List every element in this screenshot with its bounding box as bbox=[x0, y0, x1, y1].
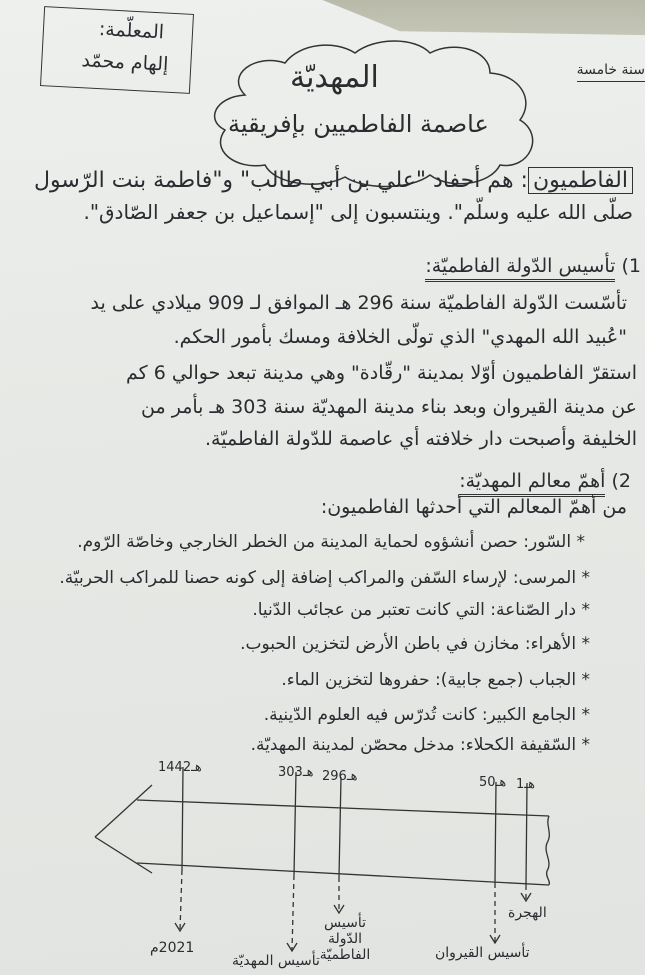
document-subtitle: عاصمة الفاطميين بإفريقية bbox=[228, 110, 489, 138]
teacher-box: المعلّمة: إلهام محمّد bbox=[40, 6, 194, 94]
timeline-event-label: تأسيس القيروان bbox=[435, 945, 530, 961]
teacher-name: إلهام محمّد bbox=[81, 49, 169, 76]
timeline-event-label: تأسيس الدّولة الفاطميّة bbox=[305, 915, 385, 963]
grade-label: سنة خامسة bbox=[577, 62, 645, 82]
section1-line: استقرّ الفاطميون أوّلا بمدينة "رقّادة" و… bbox=[126, 362, 637, 384]
timeline-event-label: الهجرة bbox=[508, 905, 547, 921]
intro-term: الفاطميون bbox=[528, 167, 633, 194]
section1-line: "عُبيد الله المهدي" الذي تولّى الخلافة و… bbox=[174, 326, 627, 348]
section1-number: 1) bbox=[621, 255, 641, 277]
intro-line-2: صلّى الله عليه وسلّم". وينتسبون إلى "إسم… bbox=[83, 200, 633, 224]
timeline-tick-label: 50هـ bbox=[479, 775, 506, 790]
section2-title: أهمّ معالم المهديّة: bbox=[459, 470, 605, 497]
timeline-tick-label: 296هـ bbox=[322, 769, 358, 784]
section2-intro: من أهمّ المعالم التي أحدثها الفاطميون: bbox=[321, 496, 627, 518]
section1-line: عن مدينة القيروان وبعد بناء مدينة المهدي… bbox=[141, 396, 637, 418]
section1-heading: 1) تأسيس الدّولة الفاطميّة: bbox=[425, 255, 641, 277]
teacher-label: المعلّمة: bbox=[98, 18, 164, 43]
landmark-item: دار الصّناعة: التي كانت تعتبر من عجائب ا… bbox=[252, 600, 590, 620]
section1-line: تأسّست الدّولة الفاطميّة سنة 296 هـ المو… bbox=[91, 292, 627, 314]
section2-number: 2) bbox=[611, 470, 631, 492]
landmark-item: الأهراء: مخازن في باطن الأرض لتخزين الحب… bbox=[240, 634, 590, 654]
timeline-tick-label: 1هـ bbox=[516, 777, 535, 792]
timeline: 1442هـ 303هـ 296هـ 50هـ 1هـ 2021م تأسيس … bbox=[0, 755, 645, 975]
landmark-item: الجامع الكبير: كانت تُدرّس فيه العلوم ال… bbox=[264, 705, 590, 725]
section1-title: تأسيس الدّولة الفاطميّة: bbox=[425, 255, 615, 282]
landmark-item: المرسى: لإرساء السّفن والمراكب إضافة إلى… bbox=[59, 568, 590, 588]
timeline-tick-label: 1442هـ bbox=[158, 760, 202, 775]
timeline-tick-label: 303هـ bbox=[278, 765, 314, 780]
landmark-item: الجباب (جمع جابية): حفروها لتخزين الماء. bbox=[281, 670, 590, 690]
section1-line: الخليفة وأصبحت دار خلافته أي عاصمة للدّو… bbox=[205, 428, 637, 450]
landmark-item: السّقيفة الكحلاء: مدخل محصّن لمدينة المه… bbox=[251, 735, 590, 755]
timeline-event-label: 2021م bbox=[150, 940, 194, 956]
landmark-item: السّور: حصن أنشؤوه لحماية المدينة من الخ… bbox=[77, 532, 585, 552]
intro-text-1: : هم أحفاد "علي بن أبي طالب" و"فاطمة بنت… bbox=[34, 168, 528, 193]
intro-line-1: الفاطميون: هم أحفاد "علي بن أبي طالب" و"… bbox=[34, 168, 633, 193]
document-title: المهديّة bbox=[290, 60, 379, 95]
section2-heading: 2) أهمّ معالم المهديّة: bbox=[459, 470, 631, 492]
